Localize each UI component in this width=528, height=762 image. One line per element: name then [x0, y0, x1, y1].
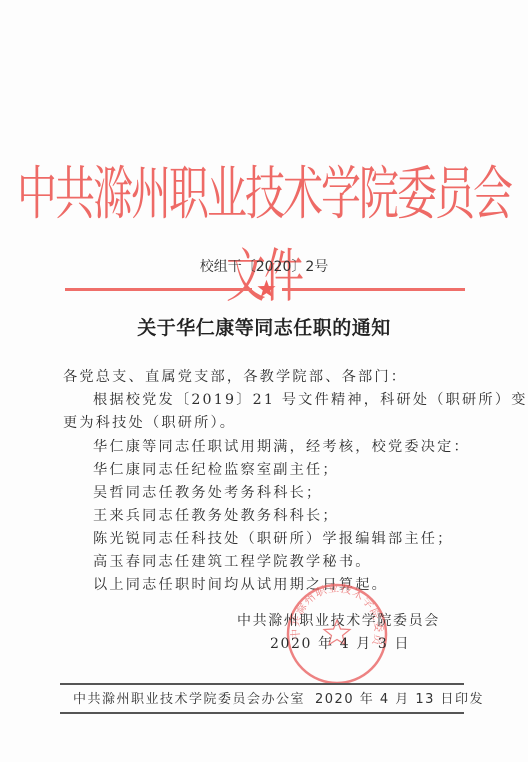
red-divider-right — [282, 288, 465, 291]
star-icon — [257, 279, 276, 298]
appointment-item: 华仁康同志任纪检监察室副主任； — [93, 459, 339, 479]
paragraph-line: 华仁康等同志任职试用期满，经考核，校党委决定： — [93, 436, 470, 456]
salutation: 各党总支、直属党支部，各教学院部、各部门： — [63, 366, 407, 386]
appointment-item: 吴哲同志任教务处考务科科长； — [93, 482, 322, 502]
footer-bottom-rule — [60, 712, 464, 714]
paragraph-line: 根据校党发〔2019〕21 号文件精神，科研处（职研所）变 — [93, 389, 528, 409]
document-number: 校组干〔2020〕2号 — [0, 256, 528, 276]
footer-print-date: 2020 年 4 月 13 日印发 — [315, 688, 484, 707]
footer-top-rule — [60, 683, 464, 685]
signature-date: 2020 年 4 月 3 日 — [270, 633, 410, 653]
red-divider-left — [65, 288, 252, 291]
signature-organization: 中共滁州职业技术学院委员会 — [237, 610, 440, 630]
appointment-item: 王来兵同志任教务处教务科科长； — [93, 505, 339, 525]
appointment-item: 高玉春同志任建筑工程学院教学秘书。 — [93, 551, 372, 571]
appointment-item: 陈光锐同志任科技处（职研所）学报编辑部主任； — [93, 528, 454, 548]
paragraph-line: 更为科技处（职研所）。 — [63, 412, 236, 432]
footer-issuer: 中共滁州职业技术学院委员会办公室 — [73, 688, 305, 707]
notice-title: 关于华仁康等同志任职的通知 — [0, 313, 528, 340]
